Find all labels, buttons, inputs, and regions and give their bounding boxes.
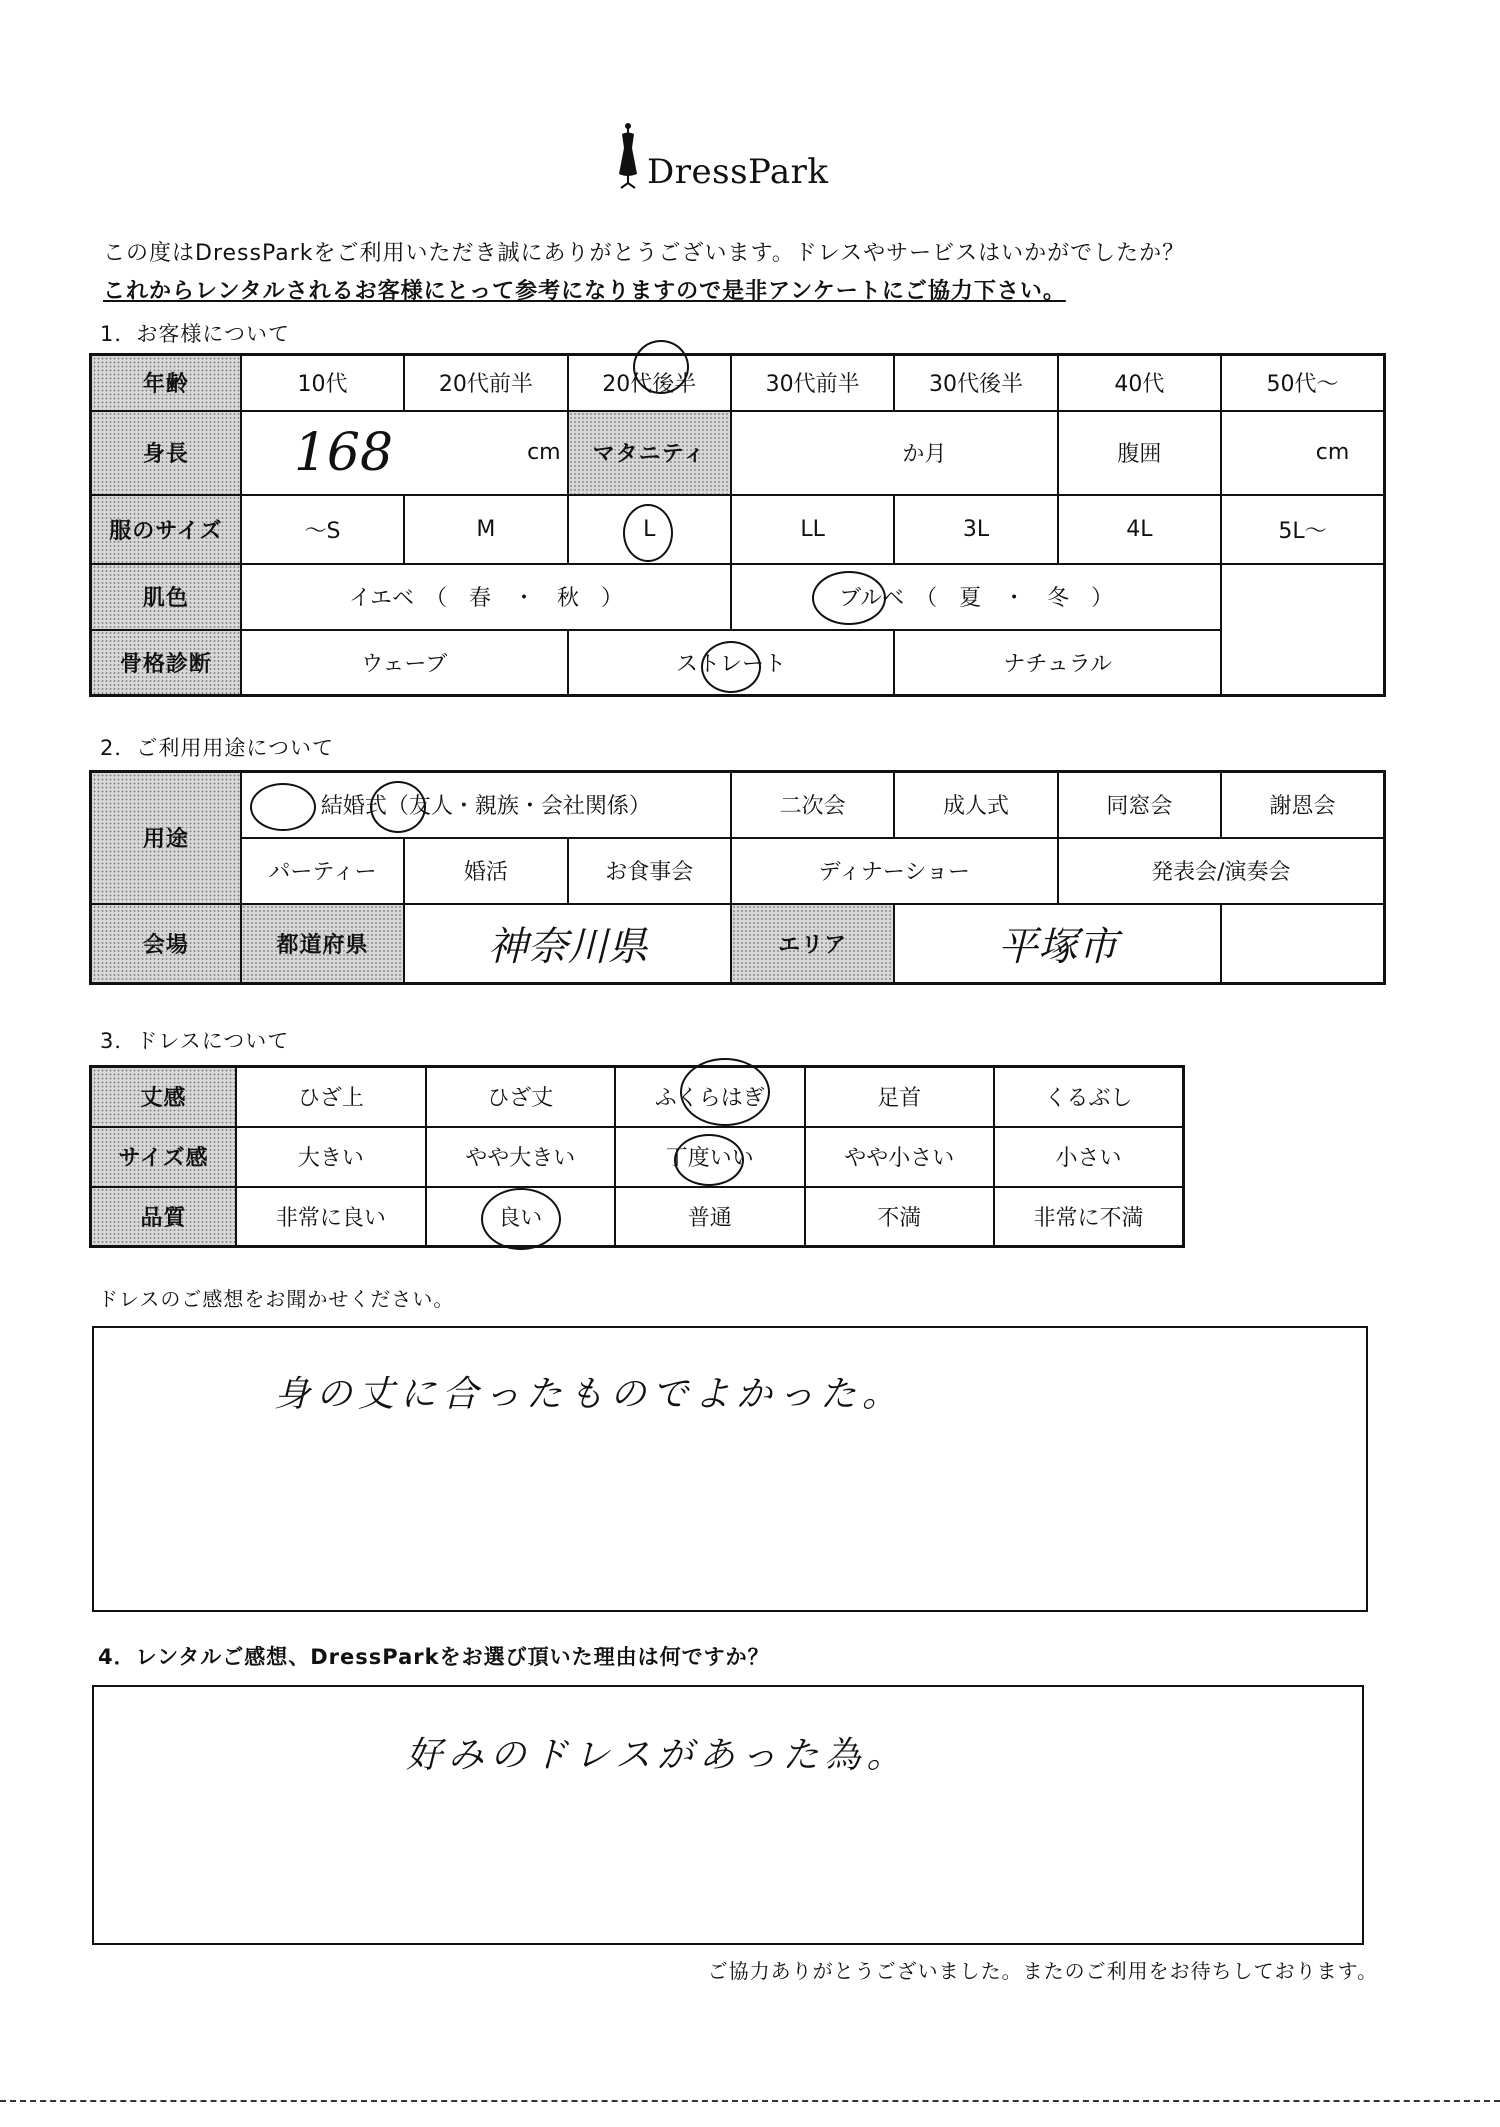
age-row: 年齢 10代 20代前半 20代後半 30代前半 30代後半 40代 50代～ — [91, 355, 1385, 411]
height-value: 168 — [294, 423, 393, 483]
reason-answer-box[interactable]: 好みのドレスがあった為。 — [92, 1685, 1364, 1945]
usage-option[interactable]: 発表会/演奏会 — [1058, 838, 1385, 904]
scan-edge-line — [0, 2100, 1500, 2105]
usage-row-2: パーティー 婚活 お食事会 ディナーショー 発表会/演奏会 — [91, 838, 1385, 904]
prefecture-label: 都道府県 — [241, 904, 404, 984]
customer-info-table: 年齢 10代 20代前半 20代後半 30代前半 30代後半 40代 50代～ … — [89, 353, 1386, 697]
size-option[interactable]: LL — [731, 495, 894, 564]
age-option[interactable]: 30代後半 — [894, 355, 1057, 411]
size-option[interactable]: ～S — [241, 495, 404, 564]
size-option-selected[interactable]: L — [568, 495, 731, 564]
empty-cell — [1221, 904, 1384, 984]
length-option-selected[interactable]: ふくらはぎ — [615, 1067, 804, 1127]
size-option[interactable]: 4L — [1058, 495, 1221, 564]
age-option[interactable]: 20代前半 — [404, 355, 567, 411]
fit-option-selected[interactable]: 丁度いい — [615, 1127, 804, 1187]
brand-name: DressPark — [647, 152, 829, 192]
intro-text: この度はDressParkをご利用いただき誠にありがとうございます。ドレスやサー… — [103, 236, 1185, 267]
height-row: 身長 168 cm マタニティ か月 腹囲 cm — [91, 411, 1385, 495]
selection-circle — [250, 783, 316, 831]
footer-thanks: ご協力ありがとうございました。またのご利用をお待ちしております。 — [708, 1955, 1378, 1984]
length-option[interactable]: 足首 — [805, 1067, 994, 1127]
fit-option[interactable]: 大きい — [236, 1127, 425, 1187]
usage-option[interactable]: 謝恩会 — [1221, 772, 1384, 838]
maternity-months-field[interactable]: か月 — [731, 411, 1058, 495]
size-label: 服のサイズ — [91, 495, 241, 564]
waist-field[interactable]: cm — [1221, 411, 1384, 495]
intro-emphasis: これからレンタルされるお客様にとって参考になりますので是非アンケートにご協力下さ… — [103, 274, 1066, 305]
usage-label: 用途 — [91, 772, 241, 904]
age-option[interactable]: 40代 — [1058, 355, 1221, 411]
quality-option-selected[interactable]: 良い — [426, 1187, 615, 1247]
empty-cell — [1221, 630, 1384, 696]
height-unit: cm — [527, 440, 561, 465]
section-1-title: 1．お客様について — [100, 318, 290, 348]
skin-option-yellow[interactable]: イエベ （ 春 ・ 秋 ） — [241, 564, 731, 630]
usage-option[interactable]: パーティー — [241, 838, 404, 904]
usage-option[interactable]: 成人式 — [894, 772, 1057, 838]
age-option[interactable]: 30代前半 — [731, 355, 894, 411]
area-field[interactable]: 平塚市 — [894, 904, 1221, 984]
age-option[interactable]: 10代 — [241, 355, 404, 411]
size-option[interactable]: 5L～ — [1221, 495, 1384, 564]
quality-option[interactable]: 非常に不満 — [994, 1187, 1184, 1247]
usage-option[interactable]: 二次会 — [731, 772, 894, 838]
usage-option[interactable]: 婚活 — [404, 838, 567, 904]
prefecture-field[interactable]: 神奈川県 — [404, 904, 731, 984]
venue-row: 会場 都道府県 神奈川県 エリア 平塚市 — [91, 904, 1385, 984]
age-label: 年齢 — [91, 355, 241, 411]
empty-cell — [1221, 564, 1384, 630]
section-4-title: 4．レンタルご感想、DressParkをお選び頂いた理由は何ですか？ — [98, 1641, 770, 1671]
usage-option-wedding-selected[interactable]: 結婚式（友人・親族・会社関係） — [241, 772, 731, 838]
usage-option[interactable]: お食事会 — [568, 838, 731, 904]
usage-option[interactable]: 同窓会 — [1058, 772, 1221, 838]
brand-logo: DressPark — [615, 122, 829, 192]
fit-option[interactable]: やや小さい — [805, 1127, 994, 1187]
fit-row: サイズ感 大きい やや大きい 丁度いい やや小さい 小さい — [91, 1127, 1184, 1187]
quality-row: 品質 非常に良い 良い 普通 不満 非常に不満 — [91, 1187, 1184, 1247]
skeleton-row: 骨格診断 ウェーブ ストレート ナチュラル — [91, 630, 1385, 696]
fit-option[interactable]: 小さい — [994, 1127, 1184, 1187]
skeleton-label: 骨格診断 — [91, 630, 241, 696]
fit-label: サイズ感 — [91, 1127, 237, 1187]
size-option[interactable]: 3L — [894, 495, 1057, 564]
usage-option[interactable]: ディナーショー — [731, 838, 1058, 904]
quality-label: 品質 — [91, 1187, 237, 1247]
usage-table: 用途 結婚式（友人・親族・会社関係） 二次会 成人式 同窓会 謝恩会 パーティー… — [89, 770, 1386, 985]
length-option[interactable]: ひざ上 — [236, 1067, 425, 1127]
skin-option-blue-selected[interactable]: ブルベ （ 夏 ・ 冬 ） — [731, 564, 1221, 630]
dress-table: 丈感 ひざ上 ひざ丈 ふくらはぎ 足首 くるぶし サイズ感 大きい やや大きい … — [89, 1065, 1185, 1248]
length-option[interactable]: ひざ丈 — [426, 1067, 615, 1127]
venue-label: 会場 — [91, 904, 241, 984]
age-option[interactable]: 50代～ — [1221, 355, 1384, 411]
size-row: 服のサイズ ～S M L LL 3L 4L 5L～ — [91, 495, 1385, 564]
size-option[interactable]: M — [404, 495, 567, 564]
length-row: 丈感 ひざ上 ひざ丈 ふくらはぎ 足首 くるぶし — [91, 1067, 1184, 1127]
quality-option[interactable]: 不満 — [805, 1187, 994, 1247]
dress-comment-prompt: ドレスのご感想をお聞かせください。 — [98, 1283, 454, 1312]
skeleton-option[interactable]: ウェーブ — [241, 630, 568, 696]
quality-option[interactable]: 普通 — [615, 1187, 804, 1247]
dress-form-icon — [615, 122, 641, 192]
section-2-title: 2．ご利用用途について — [100, 732, 334, 762]
skin-row: 肌色 イエベ （ 春 ・ 秋 ） ブルベ （ 夏 ・ 冬 ） — [91, 564, 1385, 630]
age-option-selected[interactable]: 20代後半 — [568, 355, 731, 411]
fit-option[interactable]: やや大きい — [426, 1127, 615, 1187]
height-field[interactable]: 168 cm — [241, 411, 568, 495]
skeleton-option[interactable]: ナチュラル — [894, 630, 1221, 696]
waist-label: 腹囲 — [1058, 411, 1221, 495]
usage-row-1: 用途 結婚式（友人・親族・会社関係） 二次会 成人式 同窓会 謝恩会 — [91, 772, 1385, 838]
maternity-label: マタニティ — [568, 411, 731, 495]
length-label: 丈感 — [91, 1067, 237, 1127]
skeleton-option-selected[interactable]: ストレート — [568, 630, 895, 696]
area-label: エリア — [731, 904, 894, 984]
height-label: 身長 — [91, 411, 241, 495]
skin-label: 肌色 — [91, 564, 241, 630]
dress-comment-value: 身の丈に合ったものでよかった。 — [274, 1366, 904, 1417]
length-option[interactable]: くるぶし — [994, 1067, 1184, 1127]
reason-answer-value: 好みのドレスがあった為。 — [406, 1727, 909, 1778]
quality-option[interactable]: 非常に良い — [236, 1187, 425, 1247]
section-3-title: 3．ドレスについて — [100, 1025, 289, 1055]
dress-comment-box[interactable]: 身の丈に合ったものでよかった。 — [92, 1326, 1368, 1612]
